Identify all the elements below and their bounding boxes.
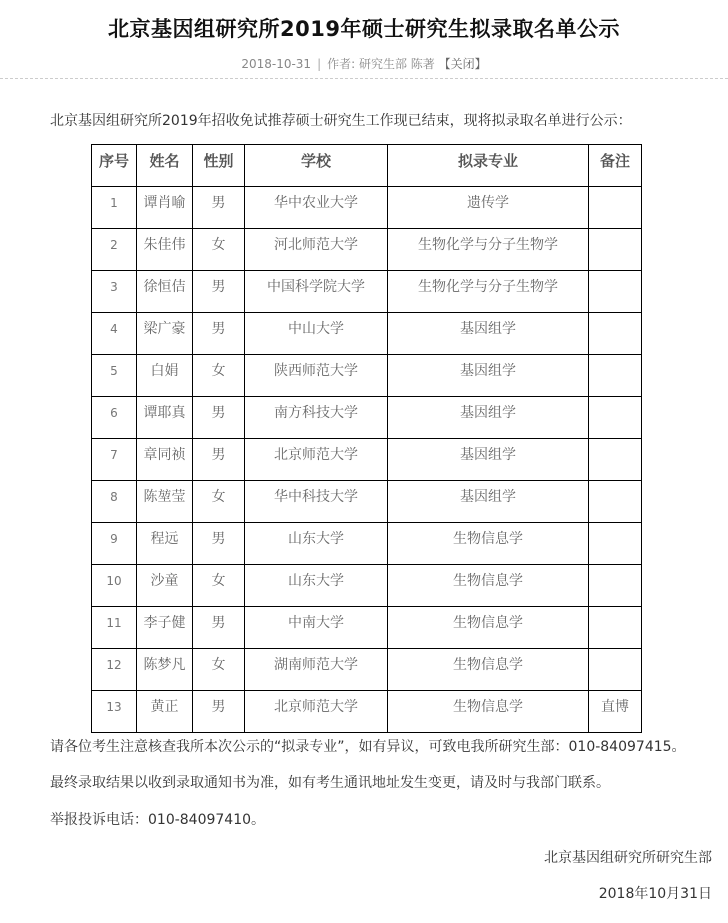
cell-index: 2 [92, 229, 137, 271]
cell-name: 谭耶真 [137, 397, 193, 439]
cell-index: 8 [92, 481, 137, 523]
note-report: 举报投诉电话：010-84097410。 [50, 810, 265, 830]
table-row: 2朱佳伟女河北师范大学生物化学与分子生物学 [92, 229, 642, 271]
cell-school: 北京师范大学 [245, 439, 388, 481]
header-remark: 备注 [589, 145, 642, 187]
cell-index: 9 [92, 523, 137, 565]
cell-major: 基因组学 [388, 313, 589, 355]
cell-school: 山东大学 [245, 523, 388, 565]
cell-remark [589, 355, 642, 397]
cell-gender: 女 [193, 481, 245, 523]
table-row: 10沙童女山东大学生物信息学 [92, 565, 642, 607]
cell-remark [589, 187, 642, 229]
cell-gender: 女 [193, 565, 245, 607]
cell-gender: 男 [193, 187, 245, 229]
cell-index: 3 [92, 271, 137, 313]
table-row: 8陈堃莹女华中科技大学基因组学 [92, 481, 642, 523]
cell-remark [589, 313, 642, 355]
note-final: 最终录取结果以收到录取通知书为准，如有考生通讯地址发生变更，请及时与我部门联系。 [50, 773, 610, 793]
table-row: 5白娟女陕西师范大学基因组学 [92, 355, 642, 397]
cell-gender: 女 [193, 355, 245, 397]
cell-remark [589, 397, 642, 439]
page-title: 北京基因组研究所2019年硕士研究生拟录取名单公示 [0, 14, 728, 44]
cell-school: 山东大学 [245, 565, 388, 607]
cell-school: 湖南师范大学 [245, 649, 388, 691]
divider [0, 78, 728, 79]
cell-gender: 男 [193, 607, 245, 649]
cell-gender: 女 [193, 649, 245, 691]
cell-name: 梁广豪 [137, 313, 193, 355]
cell-major: 生物信息学 [388, 607, 589, 649]
cell-school: 华中科技大学 [245, 481, 388, 523]
cell-remark [589, 439, 642, 481]
cell-index: 1 [92, 187, 137, 229]
signature-date: 2018年10月31日 [599, 884, 712, 904]
cell-school: 北京师范大学 [245, 691, 388, 733]
cell-index: 11 [92, 607, 137, 649]
cell-major: 生物信息学 [388, 649, 589, 691]
note-objection: 请各位考生注意核查我所本次公示的“拟录专业”，如有异议，可致电我所研究生部：01… [50, 737, 686, 757]
header-name: 姓名 [137, 145, 193, 187]
meta-separator: | [317, 57, 321, 71]
cell-school: 中南大学 [245, 607, 388, 649]
article-meta: 2018-10-31|作者: 研究生部 陈著 【关闭】 [0, 55, 728, 73]
header-school: 学校 [245, 145, 388, 187]
cell-name: 朱佳伟 [137, 229, 193, 271]
cell-major: 生物化学与分子生物学 [388, 229, 589, 271]
cell-gender: 男 [193, 523, 245, 565]
cell-remark [589, 271, 642, 313]
table-row: 11李子健男中南大学生物信息学 [92, 607, 642, 649]
cell-gender: 男 [193, 397, 245, 439]
cell-major: 生物信息学 [388, 565, 589, 607]
table-row: 1谭肖喻男华中农业大学遗传学 [92, 187, 642, 229]
cell-name: 李子健 [137, 607, 193, 649]
header-index: 序号 [92, 145, 137, 187]
cell-remark [589, 565, 642, 607]
cell-gender: 男 [193, 271, 245, 313]
cell-major: 生物信息学 [388, 523, 589, 565]
table-header-row: 序号 姓名 性别 学校 拟录专业 备注 [92, 145, 642, 187]
cell-major: 基因组学 [388, 481, 589, 523]
cell-school: 陕西师范大学 [245, 355, 388, 397]
cell-remark [589, 229, 642, 271]
cell-name: 陈梦凡 [137, 649, 193, 691]
cell-name: 程远 [137, 523, 193, 565]
cell-remark [589, 481, 642, 523]
cell-school: 华中农业大学 [245, 187, 388, 229]
cell-index: 12 [92, 649, 137, 691]
cell-name: 章同祯 [137, 439, 193, 481]
cell-index: 4 [92, 313, 137, 355]
cell-gender: 男 [193, 691, 245, 733]
cell-remark [589, 649, 642, 691]
cell-remark [589, 607, 642, 649]
cell-name: 沙童 [137, 565, 193, 607]
header-gender: 性别 [193, 145, 245, 187]
cell-index: 13 [92, 691, 137, 733]
author: 作者: 研究生部 陈著 [327, 57, 435, 71]
cell-school: 中国科学院大学 [245, 271, 388, 313]
header-major: 拟录专业 [388, 145, 589, 187]
table-row: 12陈梦凡女湖南师范大学生物信息学 [92, 649, 642, 691]
cell-major: 生物化学与分子生物学 [388, 271, 589, 313]
cell-major: 基因组学 [388, 397, 589, 439]
table-row: 7章同祯男北京师范大学基因组学 [92, 439, 642, 481]
cell-school: 南方科技大学 [245, 397, 388, 439]
cell-gender: 女 [193, 229, 245, 271]
cell-gender: 男 [193, 439, 245, 481]
cell-name: 徐恒佶 [137, 271, 193, 313]
table-row: 6谭耶真男南方科技大学基因组学 [92, 397, 642, 439]
table-row: 3徐恒佶男中国科学院大学生物化学与分子生物学 [92, 271, 642, 313]
cell-index: 5 [92, 355, 137, 397]
cell-major: 基因组学 [388, 439, 589, 481]
cell-name: 陈堃莹 [137, 481, 193, 523]
close-link[interactable]: 【关闭】 [439, 57, 487, 71]
cell-major: 遗传学 [388, 187, 589, 229]
table-row: 13黄正男北京师范大学生物信息学直博 [92, 691, 642, 733]
cell-major: 基因组学 [388, 355, 589, 397]
admission-table: 序号 姓名 性别 学校 拟录专业 备注 1谭肖喻男华中农业大学遗传学2朱佳伟女河… [91, 144, 642, 733]
cell-index: 6 [92, 397, 137, 439]
cell-gender: 男 [193, 313, 245, 355]
cell-index: 10 [92, 565, 137, 607]
cell-school: 中山大学 [245, 313, 388, 355]
publish-date: 2018-10-31 [241, 57, 311, 71]
cell-school: 河北师范大学 [245, 229, 388, 271]
cell-name: 谭肖喻 [137, 187, 193, 229]
signature-org: 北京基因组研究所研究生部 [544, 848, 712, 868]
cell-name: 黄正 [137, 691, 193, 733]
table-row: 4梁广豪男中山大学基因组学 [92, 313, 642, 355]
intro-text: 北京基因组研究所2019年招收免试推荐硕士研究生工作现已结束，现将拟录取名单进行… [50, 111, 632, 131]
cell-major: 生物信息学 [388, 691, 589, 733]
cell-remark [589, 523, 642, 565]
cell-remark: 直博 [589, 691, 642, 733]
cell-name: 白娟 [137, 355, 193, 397]
cell-index: 7 [92, 439, 137, 481]
table-row: 9程远男山东大学生物信息学 [92, 523, 642, 565]
